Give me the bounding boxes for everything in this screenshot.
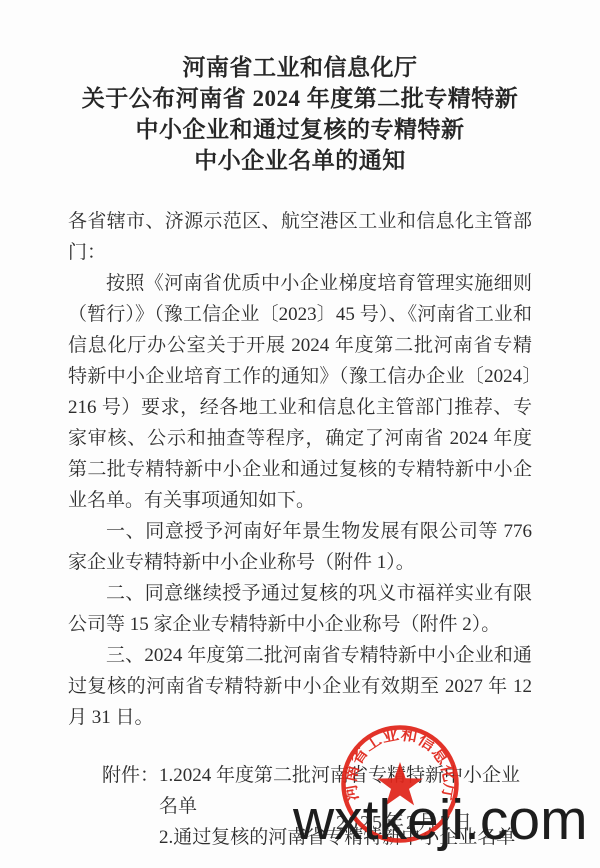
attachment-item-2: 2.通过复核的河南省专精特新中小企业名单 bbox=[159, 822, 515, 853]
document-content: 河南省工业和信息化厅 关于公布河南省 2024 年度第二批专精特新 中小企业和通… bbox=[0, 0, 600, 853]
paragraph-basis: 按照《河南省优质中小企业梯度培育管理实施细则（暂行）》（豫工信企业〔2023〕4… bbox=[68, 268, 532, 516]
document-body: 各省辖市、济源示范区、航空港区工业和信息化主管部门： 按照《河南省优质中小企业梯… bbox=[68, 206, 532, 733]
document-page: 河南省工业和信息化厅 关于公布河南省 2024 年度第二批专精特新 中小企业和通… bbox=[0, 0, 600, 868]
title-line-2: 关于公布河南省 2024 年度第二批专精特新 bbox=[68, 83, 532, 114]
salutation: 各省辖市、济源示范区、航空港区工业和信息化主管部门： bbox=[68, 206, 532, 268]
attachment-item-1: 1.2024 年度第二批河南省专精特新中小企业名单 bbox=[159, 760, 532, 822]
document-title: 河南省工业和信息化厅 关于公布河南省 2024 年度第二批专精特新 中小企业和通… bbox=[68, 52, 532, 176]
attachment-row-1: 附件： 1.2024 年度第二批河南省专精特新中小企业名单 bbox=[102, 760, 532, 822]
attachments-label: 附件： bbox=[102, 760, 159, 791]
attachment-row-2: 附件： 2.通过复核的河南省专精特新中小企业名单 bbox=[102, 822, 532, 853]
title-line-4: 中小企业名单的通知 bbox=[68, 145, 532, 176]
paragraph-item-3: 三、2024 年度第二批河南省专精特新中小企业和通过复核的河南省专精特新中小企业… bbox=[68, 640, 532, 733]
title-line-1: 河南省工业和信息化厅 bbox=[68, 52, 532, 83]
paragraph-item-2: 二、同意继续授予通过复核的巩义市福祥实业有限公司等 15 家企业专精特新中小企业… bbox=[68, 578, 532, 640]
title-line-3: 中小企业和通过复核的专精特新 bbox=[68, 114, 532, 145]
paragraph-item-1: 一、同意授予河南好年景生物发展有限公司等 776 家企业专精特新中小企业称号（附… bbox=[68, 516, 532, 578]
attachments-block: 附件： 1.2024 年度第二批河南省专精特新中小企业名单 附件： 2.通过复核… bbox=[102, 760, 532, 853]
